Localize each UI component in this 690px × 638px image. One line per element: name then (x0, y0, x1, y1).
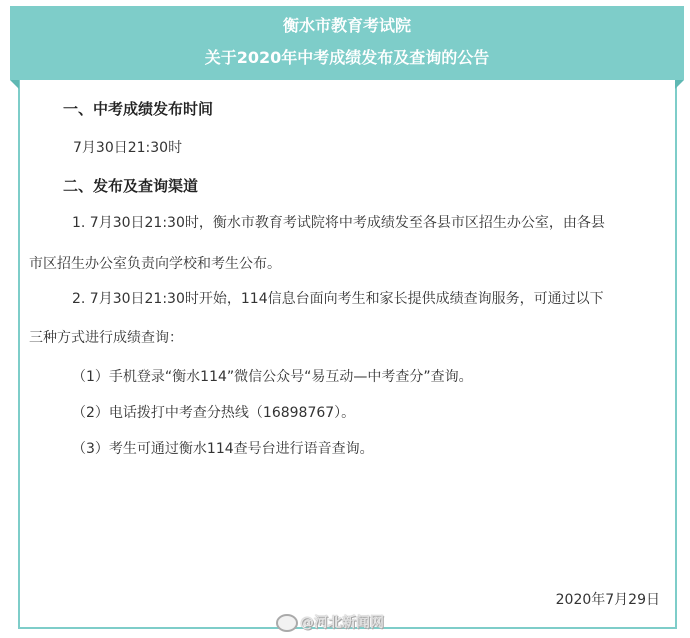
watermark-text: @河北新闻网 (300, 615, 384, 631)
announcement-header: 衡水市教育考试院 关于2020年中考成绩发布及查询的公告 (10, 6, 684, 80)
watermark: @河北新闻网 (276, 612, 384, 632)
section-heading-channels: 二、发布及查询渠道 (63, 176, 198, 196)
ribbon-fold-left (10, 80, 19, 89)
query-method-1: （1）手机登录“衡水114”微信公众号“易互动—中考查分”查询。 (72, 367, 473, 387)
channel-paragraph-1-line-2: 市区招生办公室负责向学校和考生公布。 (29, 254, 281, 274)
issuer-title: 衡水市教育考试院 (10, 16, 684, 36)
query-method-3: （3）考生可通过衡水114查号台进行语音查询。 (72, 439, 374, 459)
ribbon-fold-right (675, 80, 684, 89)
weibo-icon (276, 614, 298, 632)
channel-paragraph-2-line-2: 三种方式进行成绩查询： (29, 328, 183, 348)
release-time-text: 7月30日21:30时 (73, 138, 182, 158)
query-method-2: （2）电话拨打中考查分热线（16898767）。 (72, 403, 355, 423)
announcement-title: 关于2020年中考成绩发布及查询的公告 (10, 48, 684, 68)
section-heading-release-time: 一、中考成绩发布时间 (63, 99, 213, 119)
announcement-date: 2020年7月29日 (556, 590, 660, 610)
channel-paragraph-2-line-1: 2. 7月30日21:30时开始，114信息台面向考生和家长提供成绩查询服务，可… (72, 289, 604, 309)
channel-paragraph-1-line-1: 1. 7月30日21:30时，衡水市教育考试院将中考成绩发至各县市区招生办公室，… (72, 213, 605, 233)
